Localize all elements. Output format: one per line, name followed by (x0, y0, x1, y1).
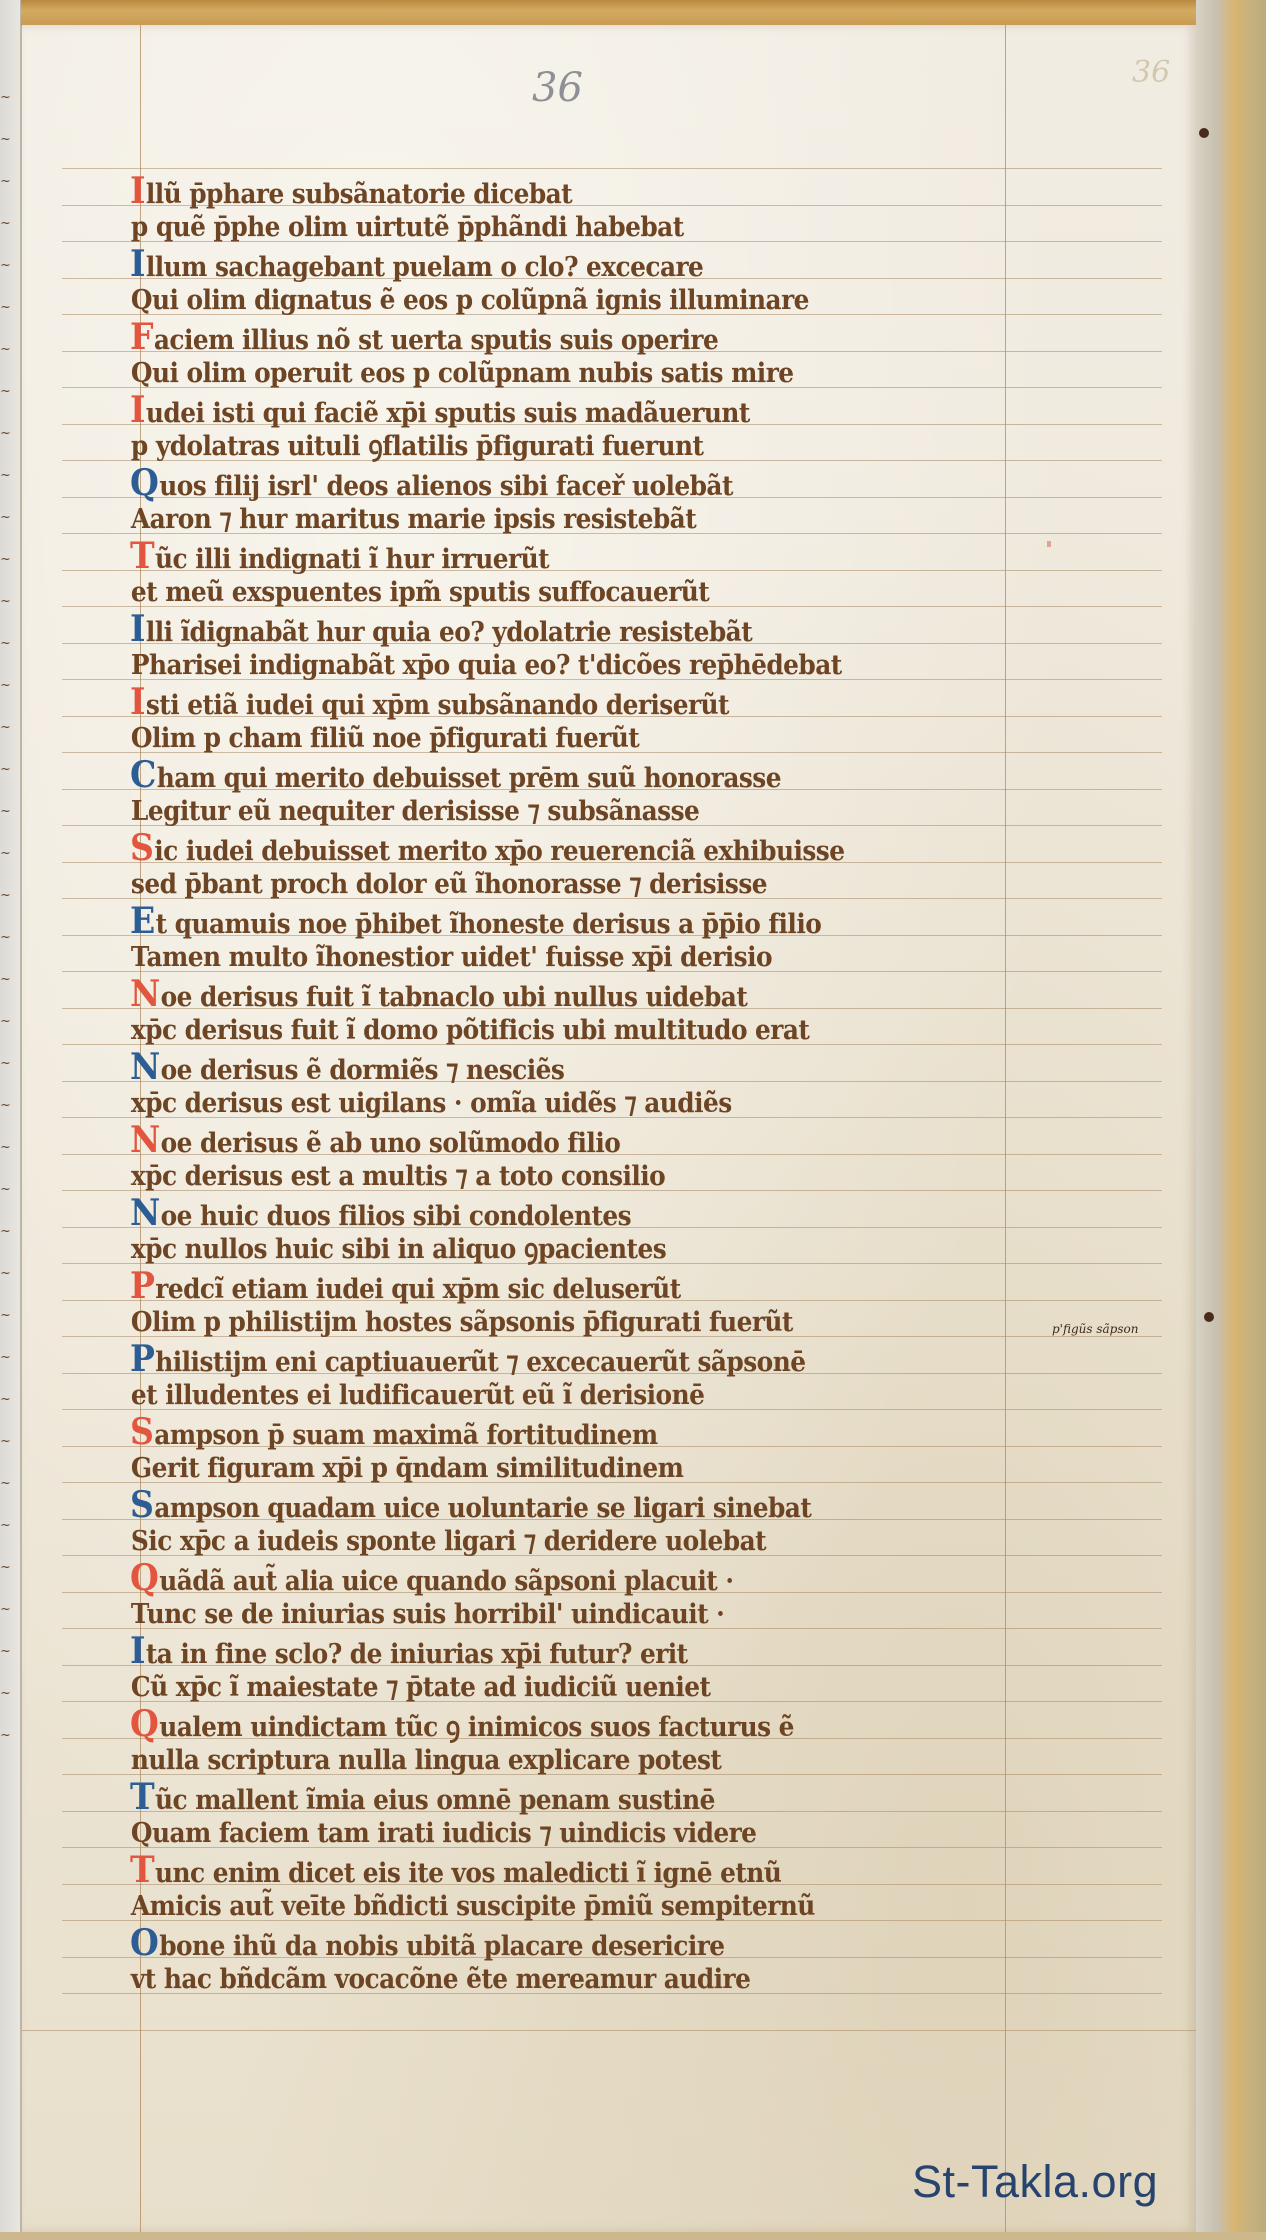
manuscript-line: Sampson quadam uice uoluntarie se ligari… (130, 1487, 1013, 1524)
rubricated-initial: S (130, 1487, 153, 1524)
rubricated-initial: E (130, 903, 155, 940)
line-text: et illudentes ei ludificauerũt eũ ĩ deri… (131, 1380, 704, 1411)
rubricated-initial: P (130, 1268, 154, 1305)
manuscript-line: Qualem uindictam tũc ꝯ inimicos suos fac… (130, 1706, 1013, 1743)
manuscript-line: Tũc illi indignati ĩ hur irruerũt (130, 538, 1013, 575)
rubricated-initial: S (130, 830, 153, 867)
previous-leaf-fragment: ~ (0, 1644, 20, 1659)
previous-leaf-fragment: ~ (0, 384, 20, 399)
ink-stain (1199, 128, 1209, 138)
rubricated-initial: P (130, 1341, 154, 1378)
manuscript-line: Amicis aut̃ veīte bñdicti suscipite p̄mi… (130, 1889, 1013, 1926)
manuscript-line: Ita in fine sclo? de iniurias xp̄i futur… (130, 1633, 1013, 1670)
line-text: Qui olim operuit eos p colũpnam nubis sa… (131, 358, 794, 389)
watermark: St-Takla.org (912, 2156, 1158, 2208)
manuscript-line: Legitur eũ nequiter derisisse ⁊ subsãnas… (130, 794, 1013, 831)
manuscript-line: Tunc se de iniurias suis horribil' uindi… (130, 1597, 1013, 1634)
line-text: nulla scriptura nulla lingua explicare p… (131, 1745, 721, 1776)
previous-leaf-fragment: ~ (0, 1182, 20, 1197)
previous-leaf-fragment: ~ (0, 888, 20, 903)
manuscript-line: Sic iudei debuisset merito xp̄o reuerenc… (130, 830, 1013, 867)
manuscript-line: Noe derisus ẽ dormiẽs ⁊ nesciẽs (130, 1049, 1013, 1086)
previous-leaf-fragment: ~ (0, 342, 20, 357)
previous-leaf-fragment: ~ (0, 1518, 20, 1533)
line-text: Olim p philistijm hostes sãpsonis p̄figu… (131, 1307, 793, 1338)
manuscript-line: Et quamuis noe p̄hibet ĩhoneste derisus … (130, 903, 1013, 940)
line-text: Quam faciem tam irati iudicis ⁊ uindicis… (131, 1818, 757, 1849)
line-text: Cũ xp̄c ĩ maiestate ⁊ p̄tate ad iudiciũ … (131, 1672, 711, 1703)
previous-leaf-edge: ~~~~~~~~~~~~~~~~~~~~~~~~~~~~~~~~~~~~~~~~ (0, 0, 21, 2240)
folio-number: 36 (532, 65, 583, 111)
manuscript-line: nulla scriptura nulla lingua explicare p… (130, 1743, 1013, 1780)
manuscript-line: xp̄c nullos huic sibi in aliquo ꝯpacient… (130, 1232, 1013, 1269)
manuscript-page: 36 36 p'figũs sãpson Illũ p̄phare subsãn… (22, 25, 1197, 2232)
previous-leaf-fragment: ~ (0, 1308, 20, 1323)
manuscript-line: p ydolatras uituli ꝯflatilis p̄figurati … (130, 429, 1013, 466)
manuscript-line: Quam faciem tam irati iudicis ⁊ uindicis… (130, 1816, 1013, 1853)
line-text: sed p̄bant proch dolor eũ ĩhonorasse ⁊ d… (131, 869, 767, 900)
manuscript-line: Olim p philistijm hostes sãpsonis p̄figu… (130, 1305, 1013, 1342)
ruled-line (22, 2030, 1197, 2031)
manuscript-line: Aaron ⁊ hur maritus marie ipsis resisteb… (130, 502, 1013, 539)
line-text: Tamen multo ĩhonestior uidet' fuisse xp̄… (131, 942, 772, 973)
line-text: ualem uindictam tũc ꝯ inimicos suos fact… (159, 1712, 794, 1743)
manuscript-line: Illi ĩdignabãt hur quia eo? ydolatrie re… (130, 611, 1013, 648)
rubricated-initial: Q (130, 465, 158, 502)
folio-number-faint: 36 (1132, 55, 1170, 90)
line-text: llũ p̄phare subsãnatorie dicebat (146, 179, 572, 210)
manuscript-line: Cham qui merito debuisset prēm suũ honor… (130, 757, 1013, 794)
manuscript-line: Olim p cham filiũ noe p̄figurati fuerũt (130, 721, 1013, 758)
previous-leaf-fragment: ~ (0, 720, 20, 735)
rubricated-initial: I (130, 611, 145, 648)
line-text: ũc mallent ĩmia eius omnē penam sustinē (155, 1785, 715, 1816)
previous-leaf-fragment: ~ (0, 552, 20, 567)
ink-stain (1204, 1312, 1214, 1322)
previous-leaf-fragment: ~ (0, 468, 20, 483)
previous-leaf-fragment: ~ (0, 972, 20, 987)
manuscript-line: Illũ p̄phare subsãnatorie dicebat (130, 173, 1013, 210)
manuscript-line: Gerit figuram xp̄i p q̄ndam similitudine… (130, 1451, 1013, 1488)
previous-leaf-fragment: ~ (0, 1350, 20, 1365)
previous-leaf-fragment: ~ (0, 1266, 20, 1281)
line-text: Gerit figuram xp̄i p q̄ndam similitudine… (131, 1453, 683, 1484)
rubricated-initial: Q (130, 1706, 158, 1743)
manuscript-line: Philistijm eni captiuauerũt ⁊ excecauerũ… (130, 1341, 1013, 1378)
previous-leaf-fragment: ~ (0, 1560, 20, 1575)
line-text: vt hac bñdcãm vocacõne ẽte mereamur audi… (131, 1964, 750, 1995)
manuscript-line: Sampson p̄ suam maximã fortitudinem (130, 1414, 1013, 1451)
manuscript-line: xp̄c derisus est uigilans · omĩa uidẽs ⁊… (130, 1086, 1013, 1123)
line-text: ampson p̄ suam maximã fortitudinem (154, 1420, 657, 1451)
rubricated-initial: I (130, 173, 145, 210)
manuscript-line: Sic xp̄c a iudeis sponte ligari ⁊ deride… (130, 1524, 1013, 1561)
manuscript-line: et meũ exspuentes ipm̃ sputis suffocauer… (130, 575, 1013, 612)
line-text: uos filij isrl' deos alienos sibi faceř … (159, 471, 733, 502)
previous-leaf-fragment: ~ (0, 1224, 20, 1239)
previous-leaf-fragment: ~ (0, 1434, 20, 1449)
previous-leaf-fragment: ~ (0, 594, 20, 609)
previous-leaf-fragment: ~ (0, 174, 20, 189)
rubricated-initial: I (130, 1633, 145, 1670)
manuscript-line: xp̄c derisus fuit ĩ domo põtificis ubi m… (130, 1013, 1013, 1050)
line-text: oe derisus ẽ ab uno solũmodo filio (161, 1128, 621, 1159)
previous-leaf-fragment: ~ (0, 1014, 20, 1029)
rubricated-initial: N (130, 976, 160, 1013)
previous-leaf-fragment: ~ (0, 762, 20, 777)
previous-leaf-fragment: ~ (0, 1602, 20, 1617)
manuscript-line: Noe derisus ẽ ab uno solũmodo filio (130, 1122, 1013, 1159)
rubricated-initial: F (130, 319, 153, 356)
line-text: unc enim dicet eis ite vos maledicti ĩ i… (155, 1858, 781, 1889)
rubricated-initial: N (130, 1049, 160, 1086)
line-text: xp̄c nullos huic sibi in aliquo ꝯpacient… (131, 1234, 666, 1265)
manuscript-line: Qui olim operuit eos p colũpnam nubis sa… (130, 356, 1013, 393)
previous-leaf-fragment: ~ (0, 90, 20, 105)
line-text: uãdã aut̃ alia uice quando sãpsoni placu… (159, 1566, 733, 1597)
rubricated-initial: T (130, 1852, 154, 1889)
line-text: ta in fine sclo? de iniurias xp̄i futur?… (146, 1639, 688, 1670)
line-text: hilistijm eni captiuauerũt ⁊ excecauerũt… (155, 1347, 805, 1378)
previous-leaf-fragment: ~ (0, 846, 20, 861)
line-text: udei isti qui faciẽ xp̄i sputis suis mad… (146, 398, 750, 429)
previous-leaf-fragment: ~ (0, 132, 20, 147)
manuscript-line: sed p̄bant proch dolor eũ ĩhonorasse ⁊ d… (130, 867, 1013, 904)
previous-leaf-fragment: ~ (0, 1476, 20, 1491)
previous-leaf-fragment: ~ (0, 1098, 20, 1113)
rubricated-initial: T (130, 1779, 154, 1816)
previous-leaf-fragment: ~ (0, 1686, 20, 1701)
line-text: et meũ exspuentes ipm̃ sputis suffocauer… (131, 577, 709, 608)
previous-leaf-fragment: ~ (0, 1392, 20, 1407)
manuscript-line: Faciem illius nõ st uerta sputis suis op… (130, 319, 1013, 356)
rubricated-initial: S (130, 1414, 153, 1451)
previous-leaf-fragment: ~ (0, 510, 20, 525)
manuscript-line: p quẽ p̄phe olim uirtutẽ p̄phãndi habeba… (130, 210, 1013, 247)
line-text: xp̄c derisus est uigilans · omĩa uidẽs ⁊… (131, 1088, 732, 1119)
previous-leaf-fragment: ~ (0, 678, 20, 693)
previous-leaf-fragment: ~ (0, 216, 20, 231)
line-text: Aaron ⁊ hur maritus marie ipsis resisteb… (131, 504, 696, 535)
previous-leaf-fragment: ~ (0, 930, 20, 945)
previous-leaf-fragment: ~ (0, 636, 20, 651)
manuscript-line: et illudentes ei ludificauerũt eũ ĩ deri… (130, 1378, 1013, 1415)
line-text: Qui olim dignatus ẽ eos p colũpnã ignis … (131, 285, 809, 316)
line-text: xp̄c derisus est a multis ⁊ a toto consi… (131, 1161, 665, 1192)
manuscript-line: Illum sachagebant puelam o clo? excecare (130, 246, 1013, 283)
manuscript-line: Noe huic duos filios sibi condolentes (130, 1195, 1013, 1232)
line-text: llum sachagebant puelam o clo? excecare (146, 252, 703, 283)
binding-top-edge (20, 0, 1230, 26)
manuscript-line: Noe derisus fuit ĩ tabnaclo ubi nullus u… (130, 976, 1013, 1013)
manuscript-line: vt hac bñdcãm vocacõne ẽte mereamur audi… (130, 1962, 1013, 1999)
binding-right-edge (1196, 0, 1266, 2240)
manuscript-line: xp̄c derisus est a multis ⁊ a toto consi… (130, 1159, 1013, 1196)
line-text: oe derisus fuit ĩ tabnaclo ubi nullus ui… (161, 982, 748, 1013)
rubricated-initial: N (130, 1195, 160, 1232)
line-text: Olim p cham filiũ noe p̄figurati fuerũt (131, 723, 639, 754)
line-text: Tunc se de iniurias suis horribil' uindi… (131, 1599, 724, 1630)
text-block: Illũ p̄phare subsãnatorie dicebatp quẽ p… (130, 173, 1090, 1998)
manuscript-line: Cũ xp̄c ĩ maiestate ⁊ p̄tate ad iudiciũ … (130, 1670, 1013, 1707)
previous-leaf-fragment: ~ (0, 426, 20, 441)
line-text: oe huic duos filios sibi condolentes (161, 1201, 631, 1232)
line-text: ic iudei debuisset merito xp̄o reuerenci… (154, 836, 844, 867)
previous-leaf-fragment: ~ (0, 300, 20, 315)
line-text: xp̄c derisus fuit ĩ domo põtificis ubi m… (131, 1015, 809, 1046)
manuscript-line: Tunc enim dicet eis ite vos maledicti ĩ … (130, 1852, 1013, 1889)
ruled-line (62, 168, 1162, 169)
manuscript-line: Obone ihũ da nobis ubitã placare deseric… (130, 1925, 1013, 1962)
manuscript-line: Quãdã aut̃ alia uice quando sãpsoni plac… (130, 1560, 1013, 1597)
line-text: p ydolatras uituli ꝯflatilis p̄figurati … (131, 431, 703, 462)
rubricated-initial: I (130, 684, 145, 721)
rubricated-initial: T (130, 538, 154, 575)
line-text: oe derisus ẽ dormiẽs ⁊ nesciẽs (161, 1055, 565, 1086)
manuscript-line: Predcĩ etiam iudei qui xp̄m sic deluserũ… (130, 1268, 1013, 1305)
manuscript-line: Pharisei indignabãt xp̄o quia eo? t'dicõ… (130, 648, 1013, 685)
line-text: ampson quadam uice uoluntarie se ligari … (154, 1493, 811, 1524)
manuscript-line: Tamen multo ĩhonestior uidet' fuisse xp̄… (130, 940, 1013, 977)
line-text: t quamuis noe p̄hibet ĩhoneste derisus a… (156, 909, 822, 940)
manuscript-line: Qui olim dignatus ẽ eos p colũpnã ignis … (130, 283, 1013, 320)
previous-leaf-fragment: ~ (0, 804, 20, 819)
manuscript-line: Quos filij isrl' deos alienos sibi faceř… (130, 465, 1013, 502)
rubricated-initial: I (130, 392, 145, 429)
previous-leaf-fragment: ~ (0, 258, 20, 273)
line-text: p quẽ p̄phe olim uirtutẽ p̄phãndi habeba… (131, 212, 684, 243)
previous-leaf-fragment: ~ (0, 1728, 20, 1743)
line-text: Sic xp̄c a iudeis sponte ligari ⁊ deride… (131, 1526, 766, 1557)
line-text: aciem illius nõ st uerta sputis suis ope… (154, 325, 718, 356)
previous-leaf-fragment: ~ (0, 1140, 20, 1155)
line-text: redcĩ etiam iudei qui xp̄m sic deluserũt (155, 1274, 680, 1305)
line-text: lli ĩdignabãt hur quia eo? ydolatrie res… (146, 617, 752, 648)
line-text: Legitur eũ nequiter derisisse ⁊ subsãnas… (131, 796, 699, 827)
manuscript-line: Isti etiã iudei qui xp̄m subsãnando deri… (130, 684, 1013, 721)
line-text: ũc illi indignati ĩ hur irruerũt (155, 544, 549, 575)
rubricated-initial: I (130, 246, 145, 283)
line-text: bone ihũ da nobis ubitã placare deserici… (159, 1931, 724, 1962)
binding-bottom-edge (0, 2232, 1266, 2240)
line-text: ham qui merito debuisset prēm suũ honora… (157, 763, 781, 794)
rubricated-initial: N (130, 1122, 160, 1159)
line-text: Pharisei indignabãt xp̄o quia eo? t'dicõ… (131, 650, 842, 681)
line-text: sti etiã iudei qui xp̄m subsãnando deris… (146, 690, 729, 721)
rubricated-initial: C (130, 757, 156, 794)
previous-leaf-fragment: ~ (0, 1056, 20, 1071)
manuscript-line: Tũc mallent ĩmia eius omnē penam sustinē (130, 1779, 1013, 1816)
line-text: Amicis aut̃ veīte bñdicti suscipite p̄mi… (131, 1891, 815, 1922)
rubricated-initial: Q (130, 1560, 158, 1597)
rubricated-initial: O (130, 1925, 158, 1962)
manuscript-line: Iudei isti qui faciẽ xp̄i sputis suis ma… (130, 392, 1013, 429)
